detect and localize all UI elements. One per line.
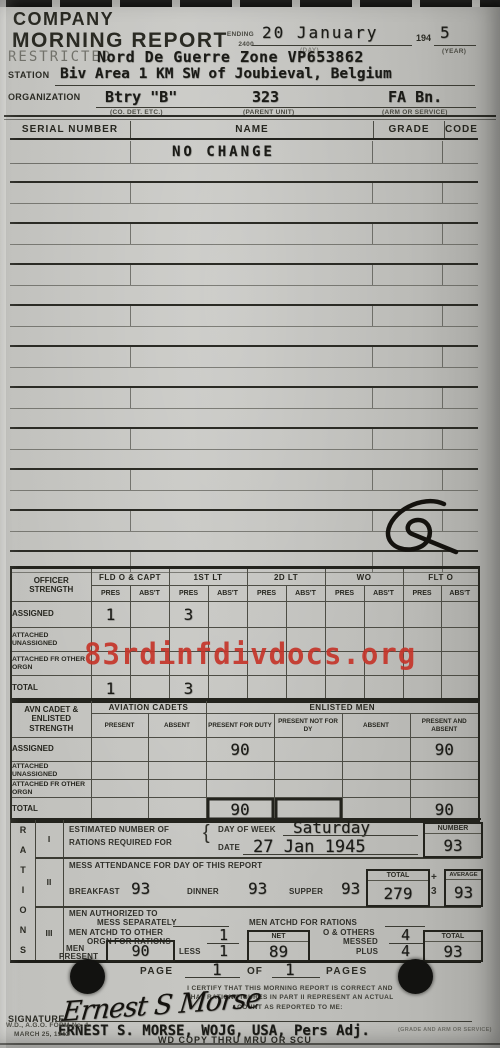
- rations-letter: I: [22, 886, 25, 895]
- estimated-rations-label-1: ESTIMATED NUMBER OF: [69, 825, 169, 834]
- strength-cell: [206, 762, 274, 780]
- strength-cell: [91, 780, 148, 798]
- less-value: 1: [219, 942, 228, 960]
- subheader: ABS'T: [286, 586, 325, 602]
- subheader: PRES: [91, 586, 130, 602]
- of-label: OF: [247, 966, 263, 977]
- column-tick: [442, 141, 443, 163]
- year-sublabel: (YEAR): [442, 48, 466, 55]
- strength-row: ATTACHED FR OTHER ORGN: [11, 780, 479, 798]
- officer-strength-label: OFFICER STRENGTH: [11, 568, 91, 602]
- group-enlisted-men: ENLISTED MEN: [206, 700, 479, 714]
- subheader: ABS'T: [441, 586, 479, 602]
- date-underline: [252, 28, 412, 46]
- handwritten-mark: [378, 498, 463, 560]
- form-title-company: COMPANY: [13, 9, 114, 30]
- roster-empty-row: [10, 204, 478, 245]
- grand-total-label: TOTAL: [425, 932, 481, 942]
- strength-cell: [206, 780, 274, 798]
- estimated-rations-label-2: RATIONS REQUIRED FOR: [69, 838, 172, 847]
- mess-total-label: TOTAL: [368, 871, 428, 881]
- subheader: PRES: [403, 586, 441, 602]
- strength-cell: [208, 602, 247, 628]
- strength-cell: [130, 602, 169, 628]
- supper-label: SUPPER: [289, 887, 323, 896]
- group-2d-lt: 2D LT: [247, 568, 325, 586]
- rations-letter: A: [20, 846, 27, 855]
- col-header-serial-number: SERIAL NUMBER: [10, 121, 130, 138]
- strength-cell: [441, 652, 479, 676]
- subheader: PRESENT NOT FOR DY: [274, 714, 342, 738]
- subheader: PRES: [325, 586, 364, 602]
- atchd-other-label-1: MEN ATCHD TO OTHER: [69, 928, 163, 937]
- strength-cell: [286, 602, 325, 628]
- day-underline: [283, 820, 418, 836]
- rations-letter: S: [20, 946, 26, 955]
- rations-row-divider: [35, 857, 481, 859]
- enlisted-strength-label: AVN CADET & ENLISTED STRENGTH: [11, 700, 91, 738]
- row-label: ATTACHED UNASSIGNED: [11, 628, 91, 652]
- average-value: 93: [446, 880, 481, 905]
- col-header-grade: GRADE: [373, 121, 444, 138]
- strength-cell: 1: [91, 602, 130, 628]
- grade-arm-sublabel: (GRADE AND ARM OR SERVICE): [398, 1027, 492, 1033]
- date-label: DATE: [218, 843, 240, 852]
- strength-cell: [342, 780, 410, 798]
- brace-glyph: {: [203, 822, 210, 845]
- breakfast-label: BREAKFAST: [69, 887, 120, 896]
- rations-letter: T: [20, 866, 26, 875]
- messed-label: MESSED: [343, 937, 378, 946]
- breakfast-value: 93: [131, 879, 150, 898]
- mess-total-value: 279: [368, 881, 428, 905]
- strength-cell: [342, 762, 410, 780]
- number-value: 93: [425, 834, 481, 856]
- form-date: MARCH 25, 1943: [14, 1031, 70, 1038]
- ending-label: ENDING: [227, 31, 254, 38]
- rations-letter: O: [19, 906, 26, 915]
- year-prefix: 194: [416, 33, 431, 43]
- no-change-entry: NO CHANGE: [172, 144, 275, 160]
- row-label: ATTACHED FR OTHER ORGN: [11, 780, 91, 798]
- group-1st-lt: 1ST LT: [169, 568, 247, 586]
- roster-empty-row: [10, 245, 478, 286]
- rations-vertical-label: RATIONS: [11, 820, 36, 960]
- subheader: ABS'T: [130, 586, 169, 602]
- supper-value: 93: [341, 879, 360, 898]
- form-number: W.D., A.G.O. FORM No. 1: [6, 1022, 89, 1029]
- strength-cell: [364, 602, 403, 628]
- col-header-name: NAME: [130, 121, 373, 138]
- location-stamp: Nord De Guerre Zone VP653862: [97, 48, 364, 66]
- net-box: NET 89: [247, 930, 310, 962]
- strength-cell: [274, 738, 342, 762]
- roster-empty-row: [10, 327, 478, 368]
- plus-label: PLUS: [356, 947, 378, 956]
- paper-left-edge: [0, 0, 6, 1048]
- page-underline: [185, 962, 240, 978]
- rations-letter: R: [20, 826, 27, 835]
- year-underline: [434, 28, 476, 46]
- grand-total-value: 93: [425, 942, 481, 961]
- punch-hole-left: [70, 959, 105, 994]
- roster-entry-row: NO CHANGE: [10, 141, 478, 164]
- divide-sign: +: [431, 872, 437, 883]
- less-label: LESS: [179, 947, 201, 956]
- roster-empty-row: [10, 368, 478, 409]
- plus-value: 4: [401, 942, 410, 960]
- enlisted-rows: ASSIGNED9090ATTACHED UNASSIGNEDATTACHED …: [11, 738, 479, 822]
- dinner-value: 93: [248, 879, 267, 898]
- average-label: AVERAGE: [446, 871, 481, 880]
- page-label: PAGE: [140, 966, 174, 977]
- officer-strength-table: OFFICER STRENGTH FLD O & CAPT 1ST LT 2D …: [10, 566, 480, 703]
- strength-cell: 90: [206, 738, 274, 762]
- signature-underline: [55, 1004, 472, 1022]
- rations-letter: N: [20, 926, 27, 935]
- organization-label: ORGANIZATION: [8, 92, 80, 102]
- strength-cell: [342, 738, 410, 762]
- strength-cell: [148, 780, 206, 798]
- roster-empty-row: [10, 163, 478, 204]
- roster-empty-row: [10, 286, 478, 327]
- dinner-label: DINNER: [187, 887, 219, 896]
- strength-cell: [148, 738, 206, 762]
- pages-label: PAGES: [326, 966, 368, 977]
- strength-row: ASSIGNED13: [11, 602, 479, 628]
- header-divider-thin: [4, 119, 496, 120]
- morning-report-scan: COMPANY MORNING REPORT ENDING 2400 20 Ja…: [0, 0, 500, 1048]
- subheader: PRESENT AND ABSENT: [410, 714, 479, 738]
- roster-header-row: SERIAL NUMBER NAME GRADE CODE: [10, 121, 478, 140]
- roster-empty-row: [10, 409, 478, 450]
- number-box: NUMBER 93: [423, 822, 483, 858]
- row-label: ASSIGNED: [11, 602, 91, 628]
- strength-row: ATTACHED UNASSIGNED: [11, 762, 479, 780]
- day-of-week-label: DAY OF WEEK: [218, 825, 276, 834]
- strength-cell: [410, 780, 479, 798]
- subheader: ABS'T: [364, 586, 403, 602]
- roster-empty-row: [10, 450, 478, 491]
- subheader: ABSENT: [148, 714, 206, 738]
- strength-cell: [274, 780, 342, 798]
- group-aviation-cadets: AVIATION CADETS: [91, 700, 206, 714]
- strength-cell: [441, 602, 479, 628]
- strength-cell: [91, 762, 148, 780]
- subheader: ABSENT: [342, 714, 410, 738]
- subheader: PRES: [169, 586, 208, 602]
- column-tick: [372, 141, 373, 163]
- row-label: ATTACHED FR OTHER ORGN: [11, 652, 91, 676]
- net-value: 89: [249, 942, 308, 961]
- group-wo: WO: [325, 568, 403, 586]
- strength-cell: [325, 602, 364, 628]
- strength-cell: [91, 738, 148, 762]
- section-numeral-2: II: [35, 858, 64, 906]
- strength-cell: [410, 762, 479, 780]
- rations-date-underline: [243, 839, 418, 855]
- organization-underline: [96, 90, 476, 108]
- col-header-code: CODE: [444, 121, 478, 138]
- net-label: NET: [249, 932, 308, 942]
- section-numeral-1: I: [35, 820, 64, 858]
- strength-cell: [247, 602, 286, 628]
- divide-by-3: 3: [431, 886, 437, 897]
- archive-watermark: 83rdinfdivdocs.org: [84, 637, 416, 671]
- bottom-edge-line: [0, 1043, 500, 1045]
- ending-2400-label: ENDING 2400: [222, 28, 254, 48]
- mess-total-box: TOTAL 279: [366, 869, 430, 907]
- mess-separately-label: MESS SEPARATELY: [97, 918, 177, 927]
- subheader: PRESENT FOR DUTY: [206, 714, 274, 738]
- station-label: STATION: [8, 70, 50, 80]
- row-label: ASSIGNED: [11, 738, 91, 762]
- enlisted-strength-table: AVN CADET & ENLISTED STRENGTH AVIATION C…: [10, 698, 480, 823]
- group-fld-o-capt: FLD O & CAPT: [91, 568, 169, 586]
- header-divider-thick: [4, 115, 496, 117]
- men-authorized-label: MEN AUTHORIZED TO: [69, 909, 158, 918]
- grand-total-box: TOTAL 93: [423, 930, 483, 962]
- subheader: PRES: [247, 586, 286, 602]
- station-underline: [55, 68, 475, 86]
- strength-row: ASSIGNED9090: [11, 738, 479, 762]
- strength-cell: [274, 762, 342, 780]
- group-flt-o: FLT O: [403, 568, 479, 586]
- men-present-box: 90: [106, 940, 175, 962]
- pages-underline: [272, 962, 320, 978]
- average-box: AVERAGE 93: [444, 869, 483, 907]
- men-present-value: 90: [108, 942, 173, 960]
- strength-cell: 90: [410, 738, 479, 762]
- strength-cell: [403, 602, 441, 628]
- column-tick: [130, 141, 131, 163]
- subheader: PRESENT: [91, 714, 148, 738]
- film-edge-strip: [0, 0, 500, 7]
- strength-cell: 3: [169, 602, 208, 628]
- strength-cell: [441, 628, 479, 652]
- strength-cell: [148, 762, 206, 780]
- o-and-others-label: O & OTHERS: [323, 928, 375, 937]
- mess-attendance-title: MESS ATTENDANCE FOR DAY OF THIS REPORT: [69, 861, 262, 870]
- number-label: NUMBER: [425, 824, 481, 834]
- subheader: ABS'T: [208, 586, 247, 602]
- men-atchd-rations-label: MEN ATCHD FOR RATIONS: [249, 918, 357, 927]
- row-label: ATTACHED UNASSIGNED: [11, 762, 91, 780]
- rations-section: RATIONS I II III ESTIMATED NUMBER OF RAT…: [10, 818, 481, 963]
